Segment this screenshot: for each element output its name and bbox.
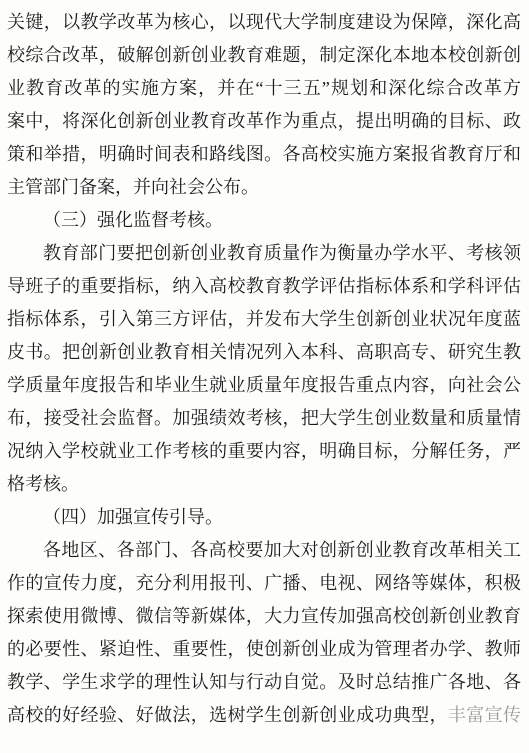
text-line: 各地区、各部门、各高校要加大对创新创业教育改革相关工 [7,534,521,567]
text-line: 格考核。 [7,468,521,501]
section-heading: （四）加强宣传引导。 [7,501,521,534]
text-line: 作的宣传力度，充分利用报刊、广播、电视、网络等媒体，积极 [7,567,521,600]
text-line: 关键，以教学改革为核心，以现代大学制度建设为保障，深化高 [7,6,521,39]
text-line: 业教育改革的实施方案，并在“十三五”规划和深化综合改革方 [7,72,521,105]
document-page: 关键，以教学改革为核心，以现代大学制度建设为保障，深化高校综合改革，破解创新创业… [0,0,529,753]
text-line: 校综合改革，破解创新创业教育难题，制定深化本地本校创新创 [7,39,521,72]
text-line: 探索使用微博、微信等新媒体，大力宣传加强高校创新创业教育 [7,600,521,633]
text-line: 学质量年度报告和毕业生就业质量年度报告重点内容，向社会公 [7,369,521,402]
text-line: 导班子的重要指标，纳入高校教育教学评估指标体系和学科评估 [7,270,521,303]
text-line: 高校的好经验、好做法，选树学生创新创业成功典型，丰富宣传 [7,699,521,732]
text-line: 皮书。把创新创业教育相关情况列入本科、高职高专、研究生教 [7,336,521,369]
text-line: 指标体系，引入第三方评估，并发布大学生创新创业状况年度蓝 [7,303,521,336]
text-line: 教育部门要把创新创业教育质量作为衡量办学水平、考核领 [7,237,521,270]
text-line: 教学、学生求学的理性认知与行动自觉。及时总结推广各地、各 [7,666,521,699]
document-text-block: 关键，以教学改革为核心，以现代大学制度建设为保障，深化高校综合改革，破解创新创业… [0,0,529,732]
text-line: 的必要性、紧迫性、重要性，使创新创业成为管理者办学、教师 [7,633,521,666]
text-line: 况纳入学校就业工作考核的重要内容，明确目标，分解任务，严 [7,435,521,468]
faded-scan-text: 丰富宣传 [448,705,521,725]
text-line: 案中，将深化创新创业教育改革作为重点，提出明确的目标、政 [7,105,521,138]
text-line: 主管部门备案，并向社会公布。 [7,171,521,204]
text-line: 策和举措，明确时间表和路线图。各高校实施方案报省教育厅和 [7,138,521,171]
section-heading: （三）强化监督考核。 [7,204,521,237]
text-line-main: 高校的好经验、好做法，选树学生创新创业成功典型， [7,705,448,725]
text-line: 布，接受社会监督。加强绩效考核，把大学生创业数量和质量情 [7,402,521,435]
